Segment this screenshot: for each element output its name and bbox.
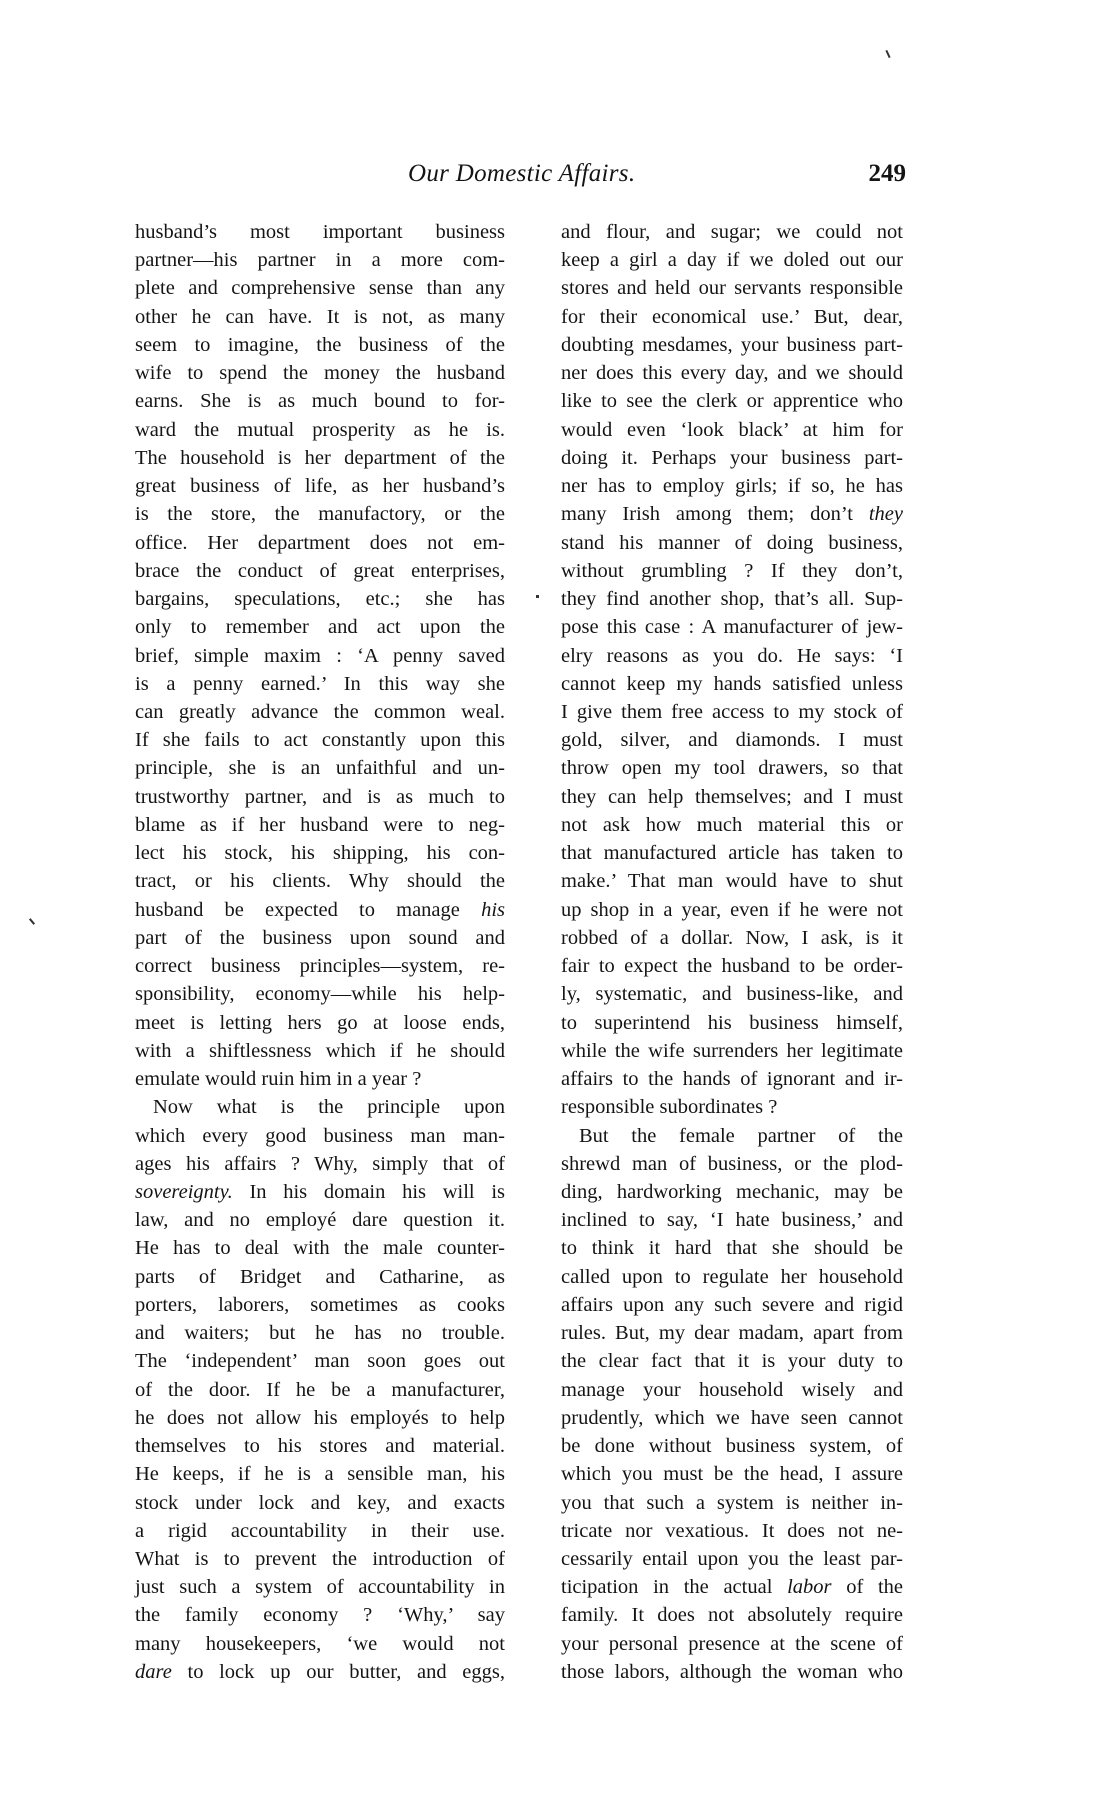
text-line: ticipation in the actual labor of the (561, 1573, 903, 1601)
text-segment: many housekeepers, ‘we would not (135, 1633, 505, 1655)
text-segment: brace the conduct of great enterprises, (135, 560, 505, 582)
text-line: cessarily entail upon you the least par- (561, 1545, 903, 1573)
text-segment: doubting mesdames, your business part- (561, 334, 903, 356)
text-segment: ding, hardworking mechanic, may be (561, 1181, 903, 1203)
text-line: The household is her department of the (135, 444, 505, 472)
text-line: Now what is the principle upon (135, 1093, 505, 1121)
text-line: prudently, which we have seen cannot (561, 1404, 903, 1432)
text-line: fair to expect the husband to be order- (561, 952, 903, 980)
text-segment: doing it. Perhaps your business part- (561, 447, 903, 469)
text-line: he does not allow his employés to help (135, 1404, 505, 1432)
text-line: part of the business upon sound and (135, 924, 505, 952)
text-line: of the door. If he be a manufacturer, (135, 1376, 505, 1404)
text-segment: plete and comprehensive sense than any (135, 277, 505, 299)
text-segment: part of the business upon sound and (135, 927, 505, 949)
text-segment: meet is letting hers go at loose ends, (135, 1012, 505, 1034)
text-segment: called upon to regulate her household (561, 1266, 903, 1288)
text-segment: while the wife surrenders her legitimate (561, 1040, 903, 1062)
text-segment: be done without business system, of (561, 1435, 903, 1457)
italic-text: his (481, 899, 505, 921)
italic-text: labor (787, 1576, 831, 1598)
text-line: throw open my tool drawers, so that (561, 754, 903, 782)
italic-text: they (869, 503, 903, 525)
text-segment: they can help themselves; and I must (561, 786, 903, 808)
text-line: tract, or his clients. Why should the (135, 867, 505, 895)
text-line: partner—his partner in a more com- (135, 246, 505, 274)
text-line: lect his stock, his shipping, his con- (135, 839, 505, 867)
text-line: called upon to regulate her household (561, 1263, 903, 1291)
right-text-column: and flour, and sugar; we could notkeep a… (561, 218, 903, 1686)
text-line: and waiters; but he has no trouble. (135, 1319, 505, 1347)
text-segment: responsible subordinates ? (561, 1096, 777, 1118)
text-line: many Irish among them; don’t they (561, 500, 903, 528)
text-line: ner has to employ girls; if so, he has (561, 472, 903, 500)
text-line: sponsibility, economy—while his help- (135, 980, 505, 1008)
text-line: plete and comprehensive sense than any (135, 274, 505, 302)
text-segment: ner has to employ girls; if so, he has (561, 475, 903, 497)
text-segment: office. Her department does not em- (135, 532, 505, 554)
text-line: with a shiftlessness which if he should (135, 1037, 505, 1065)
text-segment: without grumbling ? If they don’t, (561, 560, 903, 582)
text-segment: the clear fact that it is your duty to (561, 1350, 903, 1372)
text-segment: and flour, and sugar; we could not (561, 221, 903, 243)
text-line: blame as if her husband were to neg- (135, 811, 505, 839)
text-line: ages his affairs ? Why, simply that of (135, 1150, 505, 1178)
text-segment: a rigid accountability in their use. (135, 1520, 505, 1542)
text-segment: He keeps, if he is a sensible man, his (135, 1463, 505, 1485)
text-segment: is a penny earned.’ In this way she (135, 673, 505, 695)
text-line: doubting mesdames, your business part- (561, 331, 903, 359)
text-line: principle, she is an unfaithful and un- (135, 754, 505, 782)
text-line: make.’ That man would have to shut (561, 867, 903, 895)
text-line: ding, hardworking mechanic, may be (561, 1178, 903, 1206)
text-line: rules. But, my dear madam, apart from (561, 1319, 903, 1347)
text-line: gold, silver, and diamonds. I must (561, 726, 903, 754)
text-segment: elry reasons as you do. He says: ‘I (561, 645, 903, 667)
text-line: brace the conduct of great enterprises, (135, 557, 505, 585)
text-segment: can greatly advance the common weal. (135, 701, 505, 723)
text-line: shrewd man of business, or the plod- (561, 1150, 903, 1178)
text-line: trustworthy partner, and is as much to (135, 783, 505, 811)
text-segment: earns. She is as much bound to for- (135, 390, 505, 412)
text-segment: throw open my tool drawers, so that (561, 757, 903, 779)
text-segment: of the door. If he be a manufacturer, (135, 1379, 505, 1401)
text-segment: manage your household wisely and (561, 1379, 903, 1401)
text-segment: those labors, although the woman who (561, 1661, 903, 1683)
text-segment: law, and no employé dare question it. (135, 1209, 505, 1231)
text-line: ly, systematic, and business-like, and (561, 980, 903, 1008)
text-line: keep a girl a day if we doled out our (561, 246, 903, 274)
text-line: robbed of a dollar. Now, I ask, is it (561, 924, 903, 952)
text-line: If she fails to act constantly upon this (135, 726, 505, 754)
text-segment: ticipation in the actual (561, 1576, 787, 1598)
italic-text: dare (135, 1661, 172, 1683)
text-line: they can help themselves; and I must (561, 783, 903, 811)
text-segment: He has to deal with the male counter- (135, 1237, 505, 1259)
text-segment: seem to imagine, the business of the (135, 334, 505, 356)
text-line: would even ‘look black’ at him for (561, 416, 903, 444)
text-line: He keeps, if he is a sensible man, his (135, 1460, 505, 1488)
text-segment: make.’ That man would have to shut (561, 870, 903, 892)
stray-mark (536, 595, 539, 598)
text-line: which every good business man man- (135, 1122, 505, 1150)
text-line: doing it. Perhaps your business part- (561, 444, 903, 472)
text-segment: The household is her department of the (135, 447, 505, 469)
text-segment: ly, systematic, and business-like, and (561, 983, 903, 1005)
text-segment: gold, silver, and diamonds. I must (561, 729, 903, 751)
text-line: earns. She is as much bound to for- (135, 387, 505, 415)
text-segment: great business of life, as her husband’s (135, 475, 505, 497)
text-segment: you that such a system is neither in- (561, 1492, 903, 1514)
text-line: they find another shop, that’s all. Sup- (561, 585, 903, 613)
text-line: meet is letting hers go at loose ends, (135, 1009, 505, 1037)
text-line: many housekeepers, ‘we would not (135, 1630, 505, 1658)
text-line: parts of Bridget and Catharine, as (135, 1263, 505, 1291)
text-line: only to remember and act upon the (135, 613, 505, 641)
text-segment: stock under lock and key, and exacts (135, 1492, 505, 1514)
text-line: not ask how much material this or (561, 811, 903, 839)
running-title: Our Domestic Affairs. (408, 160, 648, 188)
text-line: while the wife surrenders her legitimate (561, 1037, 903, 1065)
text-segment: emulate would ruin him in a year ? (135, 1068, 421, 1090)
text-line: husband’s most important business (135, 218, 505, 246)
text-line: ner does this every day, and we should (561, 359, 903, 387)
text-segment: blame as if her husband were to neg- (135, 814, 505, 836)
text-line: ward the mutual prosperity as he is. (135, 416, 505, 444)
text-line: husband be expected to manage his (135, 896, 505, 924)
text-segment: trustworthy partner, and is as much to (135, 786, 505, 808)
text-segment: fair to expect the husband to be order- (561, 955, 903, 977)
text-segment: stand his manner of doing business, (561, 532, 903, 554)
text-segment: The ‘independent’ man soon goes out (135, 1350, 505, 1372)
text-segment: affairs upon any such severe and rigid (561, 1294, 903, 1316)
text-segment: is the store, the manufactory, or the (135, 503, 505, 525)
text-line: is a penny earned.’ In this way she (135, 670, 505, 698)
text-segment: of the (832, 1576, 903, 1598)
text-line: the family economy ? ‘Why,’ say (135, 1601, 505, 1629)
page-number: 249 (854, 160, 906, 188)
text-line: seem to imagine, the business of the (135, 331, 505, 359)
text-segment: other he can have. It is not, as many (135, 306, 505, 328)
text-line: like to see the clerk or apprentice who (561, 387, 903, 415)
text-segment: brief, simple maxim : ‘A penny saved (135, 645, 505, 667)
text-segment: If she fails to act constantly upon this (135, 729, 505, 751)
text-line: stock under lock and key, and exacts (135, 1489, 505, 1517)
text-segment: to think it hard that she should be (561, 1237, 903, 1259)
text-line: for their economical use.’ But, dear, (561, 303, 903, 331)
text-line: to superintend his business himself, (561, 1009, 903, 1037)
text-segment: tract, or his clients. Why should the (135, 870, 505, 892)
text-segment: many Irish among them; don’t (561, 503, 869, 525)
text-segment: he does not allow his employés to help (135, 1407, 505, 1429)
text-segment: keep a girl a day if we doled out our (561, 249, 903, 271)
text-line: and flour, and sugar; we could not (561, 218, 903, 246)
text-line: that manufactured article has taken to (561, 839, 903, 867)
text-line: I give them free access to my stock of (561, 698, 903, 726)
text-line: elry reasons as you do. He says: ‘I (561, 642, 903, 670)
text-segment: wife to spend the money the husband (135, 362, 505, 384)
text-line: themselves to his stores and material. (135, 1432, 505, 1460)
text-segment: correct business principles—system, re- (135, 955, 505, 977)
text-segment: like to see the clerk or apprentice who (561, 390, 903, 412)
text-segment: ages his affairs ? Why, simply that of (135, 1153, 505, 1175)
text-segment: I give them free access to my stock of (561, 701, 903, 723)
text-line: without grumbling ? If they don’t, (561, 557, 903, 585)
text-segment: to superintend his business himself, (561, 1012, 903, 1034)
text-segment: cannot keep my hands satisfied unless (561, 673, 903, 695)
text-line: those labors, although the woman who (561, 1658, 903, 1686)
text-line: sovereignty. In his domain his will is (135, 1178, 505, 1206)
text-line: manage your household wisely and (561, 1376, 903, 1404)
text-segment: husband be expected to manage (135, 899, 481, 921)
text-segment: up shop in a year, even if he were not (561, 899, 903, 921)
italic-text: sovereignty. (135, 1181, 233, 1203)
text-segment: just such a system of accountability in (135, 1576, 505, 1598)
text-segment: they find another shop, that’s all. Sup- (561, 588, 903, 610)
text-line: just such a system of accountability in (135, 1573, 505, 1601)
text-line: tricate nor vexatious. It does not ne- (561, 1517, 903, 1545)
text-line: which you must be the head, I assure (561, 1460, 903, 1488)
text-segment: But the female partner of the (579, 1125, 903, 1147)
text-segment: which you must be the head, I assure (561, 1463, 903, 1485)
text-segment: themselves to his stores and material. (135, 1435, 505, 1457)
text-segment: pose this case : A manufacturer of jew- (561, 616, 903, 638)
text-segment: your personal presence at the scene of (561, 1633, 903, 1655)
text-segment: principle, she is an unfaithful and un- (135, 757, 505, 779)
text-segment: not ask how much material this or (561, 814, 903, 836)
text-segment: husband’s most important business (135, 221, 505, 243)
text-line: a rigid accountability in their use. (135, 1517, 505, 1545)
text-line: family. It does not absolutely require (561, 1601, 903, 1629)
text-segment: would even ‘look black’ at him for (561, 419, 903, 441)
text-line: bargains, speculations, etc.; she has (135, 585, 505, 613)
text-line: you that such a system is neither in- (561, 1489, 903, 1517)
text-line: office. Her department does not em- (135, 529, 505, 557)
text-segment: family. It does not absolutely require (561, 1604, 903, 1626)
text-line: dare to lock up our butter, and eggs, (135, 1658, 505, 1686)
text-segment: ner does this every day, and we should (561, 362, 903, 384)
text-segment: which every good business man man- (135, 1125, 505, 1147)
text-line: brief, simple maxim : ‘A penny saved (135, 642, 505, 670)
text-line: porters, laborers, sometimes as cooks (135, 1291, 505, 1319)
text-line: is the store, the manufactory, or the (135, 500, 505, 528)
text-line: affairs upon any such severe and rigid (561, 1291, 903, 1319)
text-segment: robbed of a dollar. Now, I ask, is it (561, 927, 903, 949)
text-segment: Now what is the principle upon (153, 1096, 505, 1118)
text-segment: for their economical use.’ But, dear, (561, 306, 903, 328)
text-line: be done without business system, of (561, 1432, 903, 1460)
text-segment: lect his stock, his shipping, his con- (135, 842, 505, 864)
stray-mark (29, 918, 35, 925)
text-segment: What is to prevent the introduction of (135, 1548, 505, 1570)
text-line: stores and held our servants responsible (561, 274, 903, 302)
text-line: But the female partner of the (561, 1122, 903, 1150)
text-segment: to lock up our butter, and eggs, (172, 1661, 505, 1683)
text-line: your personal presence at the scene of (561, 1630, 903, 1658)
text-segment: affairs to the hands of ignorant and ir- (561, 1068, 903, 1090)
text-segment: tricate nor vexatious. It does not ne- (561, 1520, 903, 1542)
text-segment: parts of Bridget and Catharine, as (135, 1266, 505, 1288)
text-segment: and waiters; but he has no trouble. (135, 1322, 505, 1344)
text-line: to think it hard that she should be (561, 1234, 903, 1262)
text-line: other he can have. It is not, as many (135, 303, 505, 331)
text-line: The ‘independent’ man soon goes out (135, 1347, 505, 1375)
text-line: the clear fact that it is your duty to (561, 1347, 903, 1375)
text-segment: shrewd man of business, or the plod- (561, 1153, 903, 1175)
text-segment: cessarily entail upon you the least par- (561, 1548, 903, 1570)
text-segment: ward the mutual prosperity as he is. (135, 419, 505, 441)
text-line: pose this case : A manufacturer of jew- (561, 613, 903, 641)
text-line: up shop in a year, even if he were not (561, 896, 903, 924)
text-segment: In his domain his will is (233, 1181, 505, 1203)
text-segment: that manufactured article has taken to (561, 842, 903, 864)
text-segment: prudently, which we have seen cannot (561, 1407, 903, 1429)
text-line: What is to prevent the introduction of (135, 1545, 505, 1573)
text-segment: partner—his partner in a more com- (135, 249, 505, 271)
text-segment: bargains, speculations, etc.; she has (135, 588, 505, 610)
text-line: law, and no employé dare question it. (135, 1206, 505, 1234)
text-line: He has to deal with the male counter- (135, 1234, 505, 1262)
text-line: inclined to say, ‘I hate business,’ and (561, 1206, 903, 1234)
text-segment: only to remember and act upon the (135, 616, 505, 638)
text-segment: the family economy ? ‘Why,’ say (135, 1604, 505, 1626)
text-line: stand his manner of doing business, (561, 529, 903, 557)
text-segment: sponsibility, economy—while his help- (135, 983, 505, 1005)
left-text-column: husband’s most important businesspartner… (135, 218, 505, 1686)
text-line: affairs to the hands of ignorant and ir- (561, 1065, 903, 1093)
text-line: emulate would ruin him in a year ? (135, 1065, 505, 1093)
text-segment: with a shiftlessness which if he should (135, 1040, 505, 1062)
text-line: wife to spend the money the husband (135, 359, 505, 387)
text-line: responsible subordinates ? (561, 1093, 903, 1121)
text-line: great business of life, as her husband’s (135, 472, 505, 500)
text-segment: inclined to say, ‘I hate business,’ and (561, 1209, 903, 1231)
text-line: can greatly advance the common weal. (135, 698, 505, 726)
text-segment: rules. But, my dear madam, apart from (561, 1322, 903, 1344)
text-line: cannot keep my hands satisfied unless (561, 670, 903, 698)
text-segment: porters, laborers, sometimes as cooks (135, 1294, 505, 1316)
stray-mark (885, 50, 890, 58)
text-line: correct business principles—system, re- (135, 952, 505, 980)
text-segment: stores and held our servants responsible (561, 277, 903, 299)
